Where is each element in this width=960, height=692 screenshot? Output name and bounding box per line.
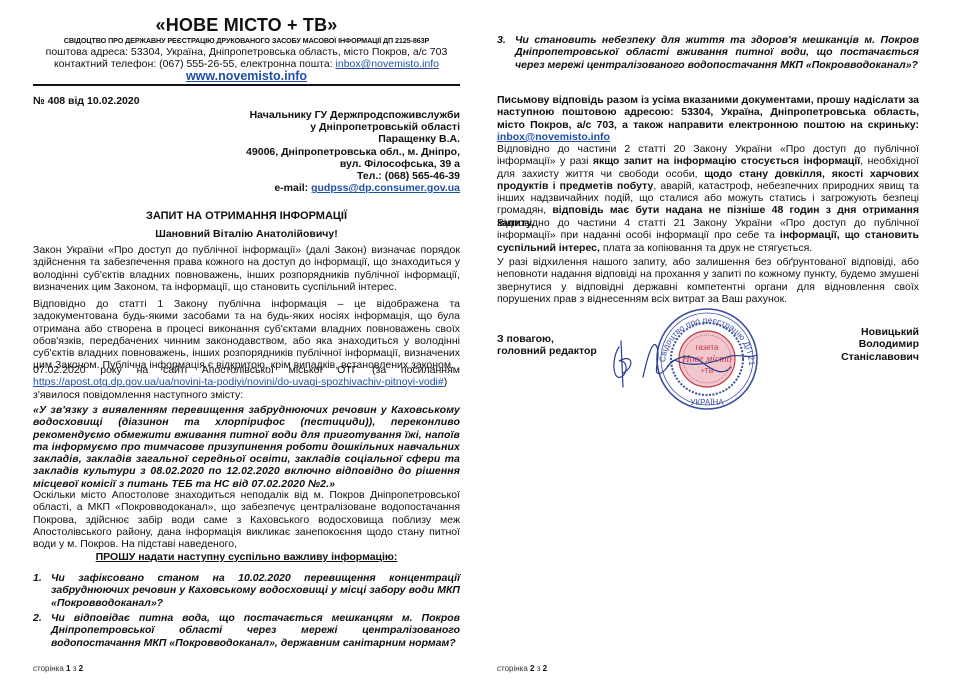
page-number: сторінка 2 з 2 — [497, 664, 919, 673]
question-number: 2. — [33, 612, 42, 624]
recipient-block: Начальнику ГУ Держпродспоживслужби у Дні… — [140, 109, 460, 194]
stamp-icon: Свідоцтво про реєстрацію ДП 2125-863Р га… — [607, 307, 757, 409]
recipient-line: Начальнику ГУ Держпродспоживслужби — [140, 109, 460, 121]
paragraph-concern: Оскільки місто Апостолове знаходиться не… — [33, 489, 460, 550]
masthead-address: поштова адреса: 53304, Україна, Дніпропе… — [33, 46, 460, 58]
recipient-line: 49006, Дніпропетровська обл., м. Дніпро, — [140, 146, 460, 158]
recipient-line: Тел.: (068) 565-46-39 — [140, 170, 460, 182]
paragraph-source: 07.02.2020 року на сайті Апостолівської … — [33, 364, 460, 401]
masthead-title: «НОВЕ МІСТО + ТВ» — [33, 15, 460, 36]
paragraph-rejection-warning: У разі відхилення нашого запиту, або зал… — [497, 256, 919, 305]
masthead-certificate: СВІДОЦТВО ПРО ДЕРЖАВНУ РЕЄСТРАЦІЮ ДРУКОВ… — [33, 36, 460, 45]
stamp-inner-1: газета — [696, 343, 719, 352]
paragraph-public-info-definition: Відповідно до статті 1 Закону публічна і… — [33, 298, 460, 372]
reply-instructions: Письмову відповідь разом із усіма вказан… — [497, 94, 919, 143]
recipient-line: Паращенку В.А. — [140, 133, 460, 145]
document-page-1: «НОВЕ МІСТО + ТВ» СВІДОЦТВО ПРО ДЕРЖАВНУ… — [33, 0, 460, 692]
document-page-2: 3. Чи становить небезпеку для життя та з… — [497, 0, 919, 692]
question-number: 3. — [497, 34, 506, 46]
request-title: ЗАПИТ НА ОТРИМАННЯ ІНФОРМАЦІЇ — [33, 210, 460, 222]
source-link[interactable]: https://apost.otg.dp.gov.ua/ua/novini-ta… — [33, 376, 444, 388]
question-item: 1. Чи зафіксовано станом на 10.02.2020 п… — [51, 572, 460, 609]
question-item: 3. Чи становить небезпеку для життя та з… — [515, 34, 919, 71]
recipient-email-link[interactable]: gudpss@dp.consumer.gov.ua — [311, 182, 460, 194]
request-heading: ПРОШУ надати наступну суспільно важливу … — [33, 551, 460, 563]
header-divider — [33, 84, 460, 86]
greeting: Шановний Віталію Анатолійовичу! — [33, 228, 460, 240]
signer-name: Новицький Володимир Станіславович — [779, 326, 919, 363]
question-text: Чи становить небезпеку для життя та здор… — [515, 34, 919, 71]
recipient-line: вул. Філософська, 39 а — [140, 158, 460, 170]
recipient-line: у Дніпропетровській області — [140, 121, 460, 133]
reply-email-link[interactable]: inbox@novemisto.info — [497, 131, 610, 143]
paragraph-article-21: Відповідно до частини 4 статті 21 Закону… — [497, 217, 919, 254]
website-link[interactable]: www.novemisto.info — [186, 69, 307, 83]
stamp-and-signature: Свідоцтво про реєстрацію ДП 2125-863Р га… — [607, 307, 777, 413]
paragraph-law-intro: Закон України «Про доступ до публічної і… — [33, 244, 460, 293]
question-number: 1. — [33, 572, 42, 584]
question-text: Чи зафіксовано станом на 10.02.2020 пере… — [51, 572, 460, 609]
stamp-bottom: УКРАЇНА — [690, 398, 724, 407]
document-number: № 408 від 10.02.2020 — [33, 95, 460, 107]
page-number: сторінка 1 з 2 — [33, 664, 460, 673]
question-item: 2. Чи відповідає питна вода, що постачає… — [51, 612, 460, 649]
question-text: Чи відповідає питна вода, що постачаєтьс… — [51, 612, 460, 649]
quoted-announcement: «У зв'язку з виявленням перевищення забр… — [33, 404, 460, 490]
recipient-email-line: e-mail: gudpss@dp.consumer.gov.ua — [140, 182, 460, 194]
masthead-website: www.novemisto.info — [33, 69, 460, 83]
